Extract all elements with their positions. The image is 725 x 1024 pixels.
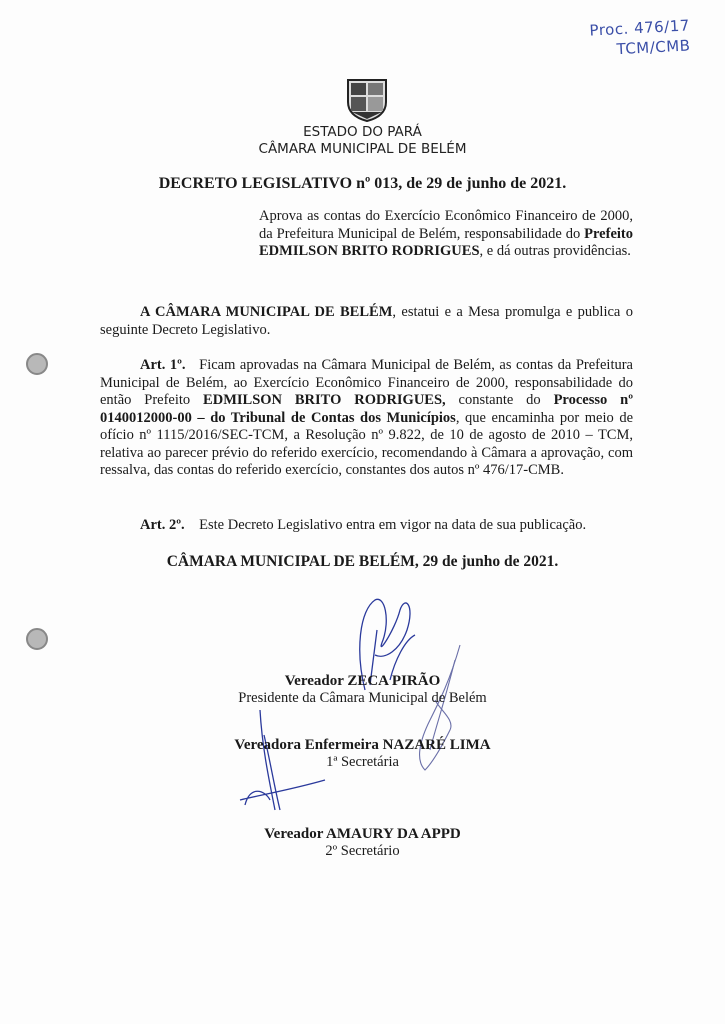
coat-of-arms-icon: [346, 78, 388, 122]
decree-title: DECRETO LEGISLATIVO nº 013, de 29 de jun…: [0, 175, 725, 193]
article-2: Art. 2º. Este Decreto Legislativo entra …: [100, 517, 633, 535]
article-1-text-2: constante do: [446, 392, 554, 408]
punch-hole-icon: [26, 628, 48, 650]
article-1: Art. 1º. Ficam aprovadas na Câmara Munic…: [100, 357, 633, 480]
summary-text-end: , e dá outras providências.: [480, 243, 631, 259]
decree-summary: Aprova as contas do Exercício Econômico …: [259, 208, 633, 261]
article-1-label: Art. 1º.: [140, 357, 186, 373]
signatory-2-role: 1ª Secretária: [0, 754, 725, 771]
signatory-3-name: Vereador AMAURY DA APPD: [0, 826, 725, 843]
institution-name: CÂMARA MUNICIPAL DE BELÉM: [0, 141, 725, 157]
state-name: ESTADO DO PARÁ: [0, 124, 725, 140]
signatory-3-role: 2º Secretário: [0, 843, 725, 860]
article-1-mayor: EDMILSON BRITO RODRIGUES,: [203, 392, 446, 408]
summary-text: Aprova as contas do Exercício Econômico …: [259, 208, 633, 242]
punch-hole-icon: [26, 353, 48, 375]
preamble-institution: A CÂMARA MUNICIPAL DE BELÉM: [140, 304, 392, 320]
preamble: A CÂMARA MUNICIPAL DE BELÉM, estatui e a…: [100, 304, 633, 339]
handwritten-annotation: Proc. 476/17 TCM/CMB: [589, 15, 691, 60]
signatory-1-name: Vereador ZECA PIRÃO: [0, 673, 725, 690]
signatory-2-name: Vereadora Enfermeira NAZARÉ LIMA: [0, 737, 725, 754]
closing-line: CÂMARA MUNICIPAL DE BELÉM, 29 de junho d…: [0, 553, 725, 570]
signatory-1-role: Presidente da Câmara Municipal de Belém: [0, 690, 725, 707]
article-2-label: Art. 2º.: [140, 517, 185, 533]
article-2-text: Este Decreto Legislativo entra em vigor …: [199, 517, 586, 533]
